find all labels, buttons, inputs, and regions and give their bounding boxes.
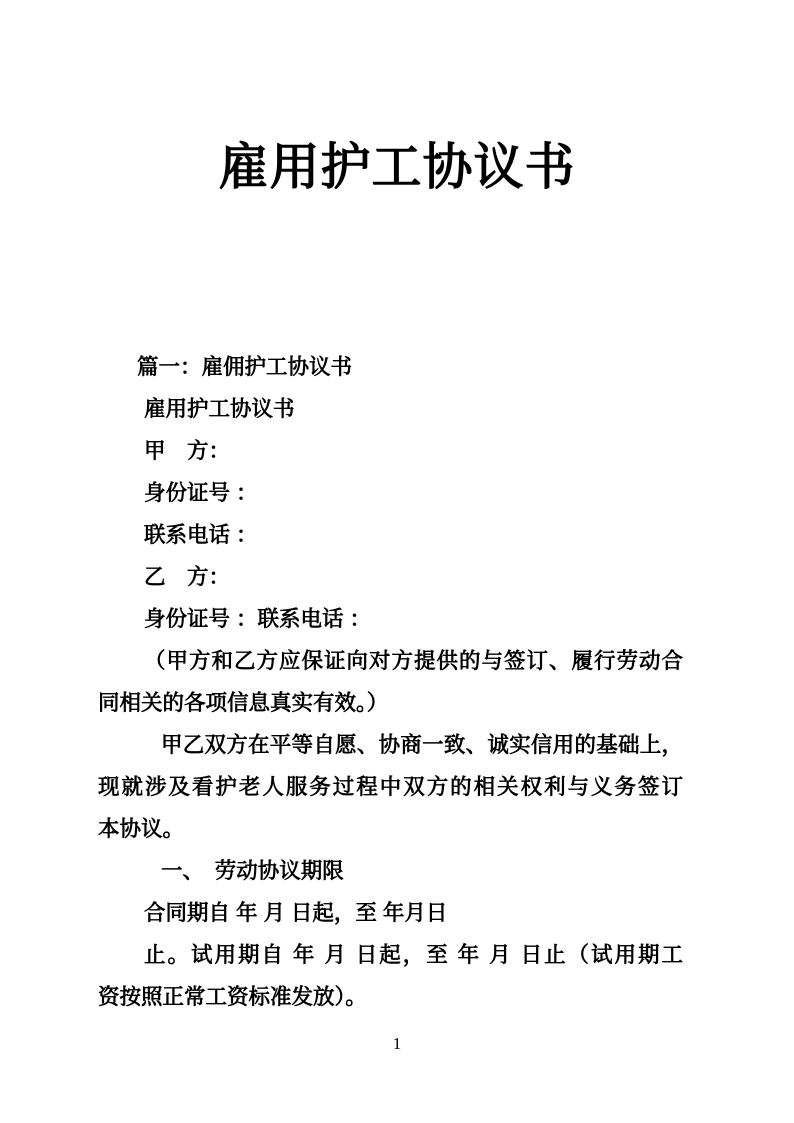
text-line: 现就涉及看护老人服务过程中双方的相关权利与义务签订 <box>98 766 683 808</box>
page-number: 1 <box>393 1034 402 1053</box>
text-line: 身份证号 ：联系电话 ： <box>98 598 683 640</box>
text-line: 止。试用期自 年 月 日起，至 年 月 日止（试用期工 <box>98 934 683 976</box>
text-line: 甲乙双方在平等自愿、协商一致、诚实信用的基础上， <box>98 724 683 766</box>
text-line: 乙 方： <box>98 556 683 598</box>
document-body: 篇一：雇佣护工协议书雇用护工协议书甲 方：身份证号 ：联系电话 ：乙 方：身份证… <box>98 346 683 1018</box>
text-line: 甲 方： <box>98 430 683 472</box>
text-line: 身份证号 ： <box>98 472 683 514</box>
page-footer: 1 <box>0 1032 794 1056</box>
text-line: 合同期自 年 月 日起，至 年月日 <box>98 892 683 934</box>
text-line: 资按照正常工资标准发放）。 <box>98 976 683 1018</box>
text-line: 篇一：雇佣护工协议书 <box>98 346 683 388</box>
document-page: 雇用护工协议书 篇一：雇佣护工协议书雇用护工协议书甲 方：身份证号 ：联系电话 … <box>0 0 794 1123</box>
text-line: 同相关的各项信息真实有效。） <box>98 682 683 724</box>
document-title: 雇用护工协议书 <box>0 134 794 200</box>
text-line: （甲方和乙方应保证向对方提供的与签订、履行劳动合 <box>98 640 683 682</box>
text-line: 一、 劳动协议期限 <box>98 850 683 892</box>
text-line: 雇用护工协议书 <box>98 388 683 430</box>
text-line: 联系电话 ： <box>98 514 683 556</box>
text-line: 本协议。 <box>98 808 683 850</box>
